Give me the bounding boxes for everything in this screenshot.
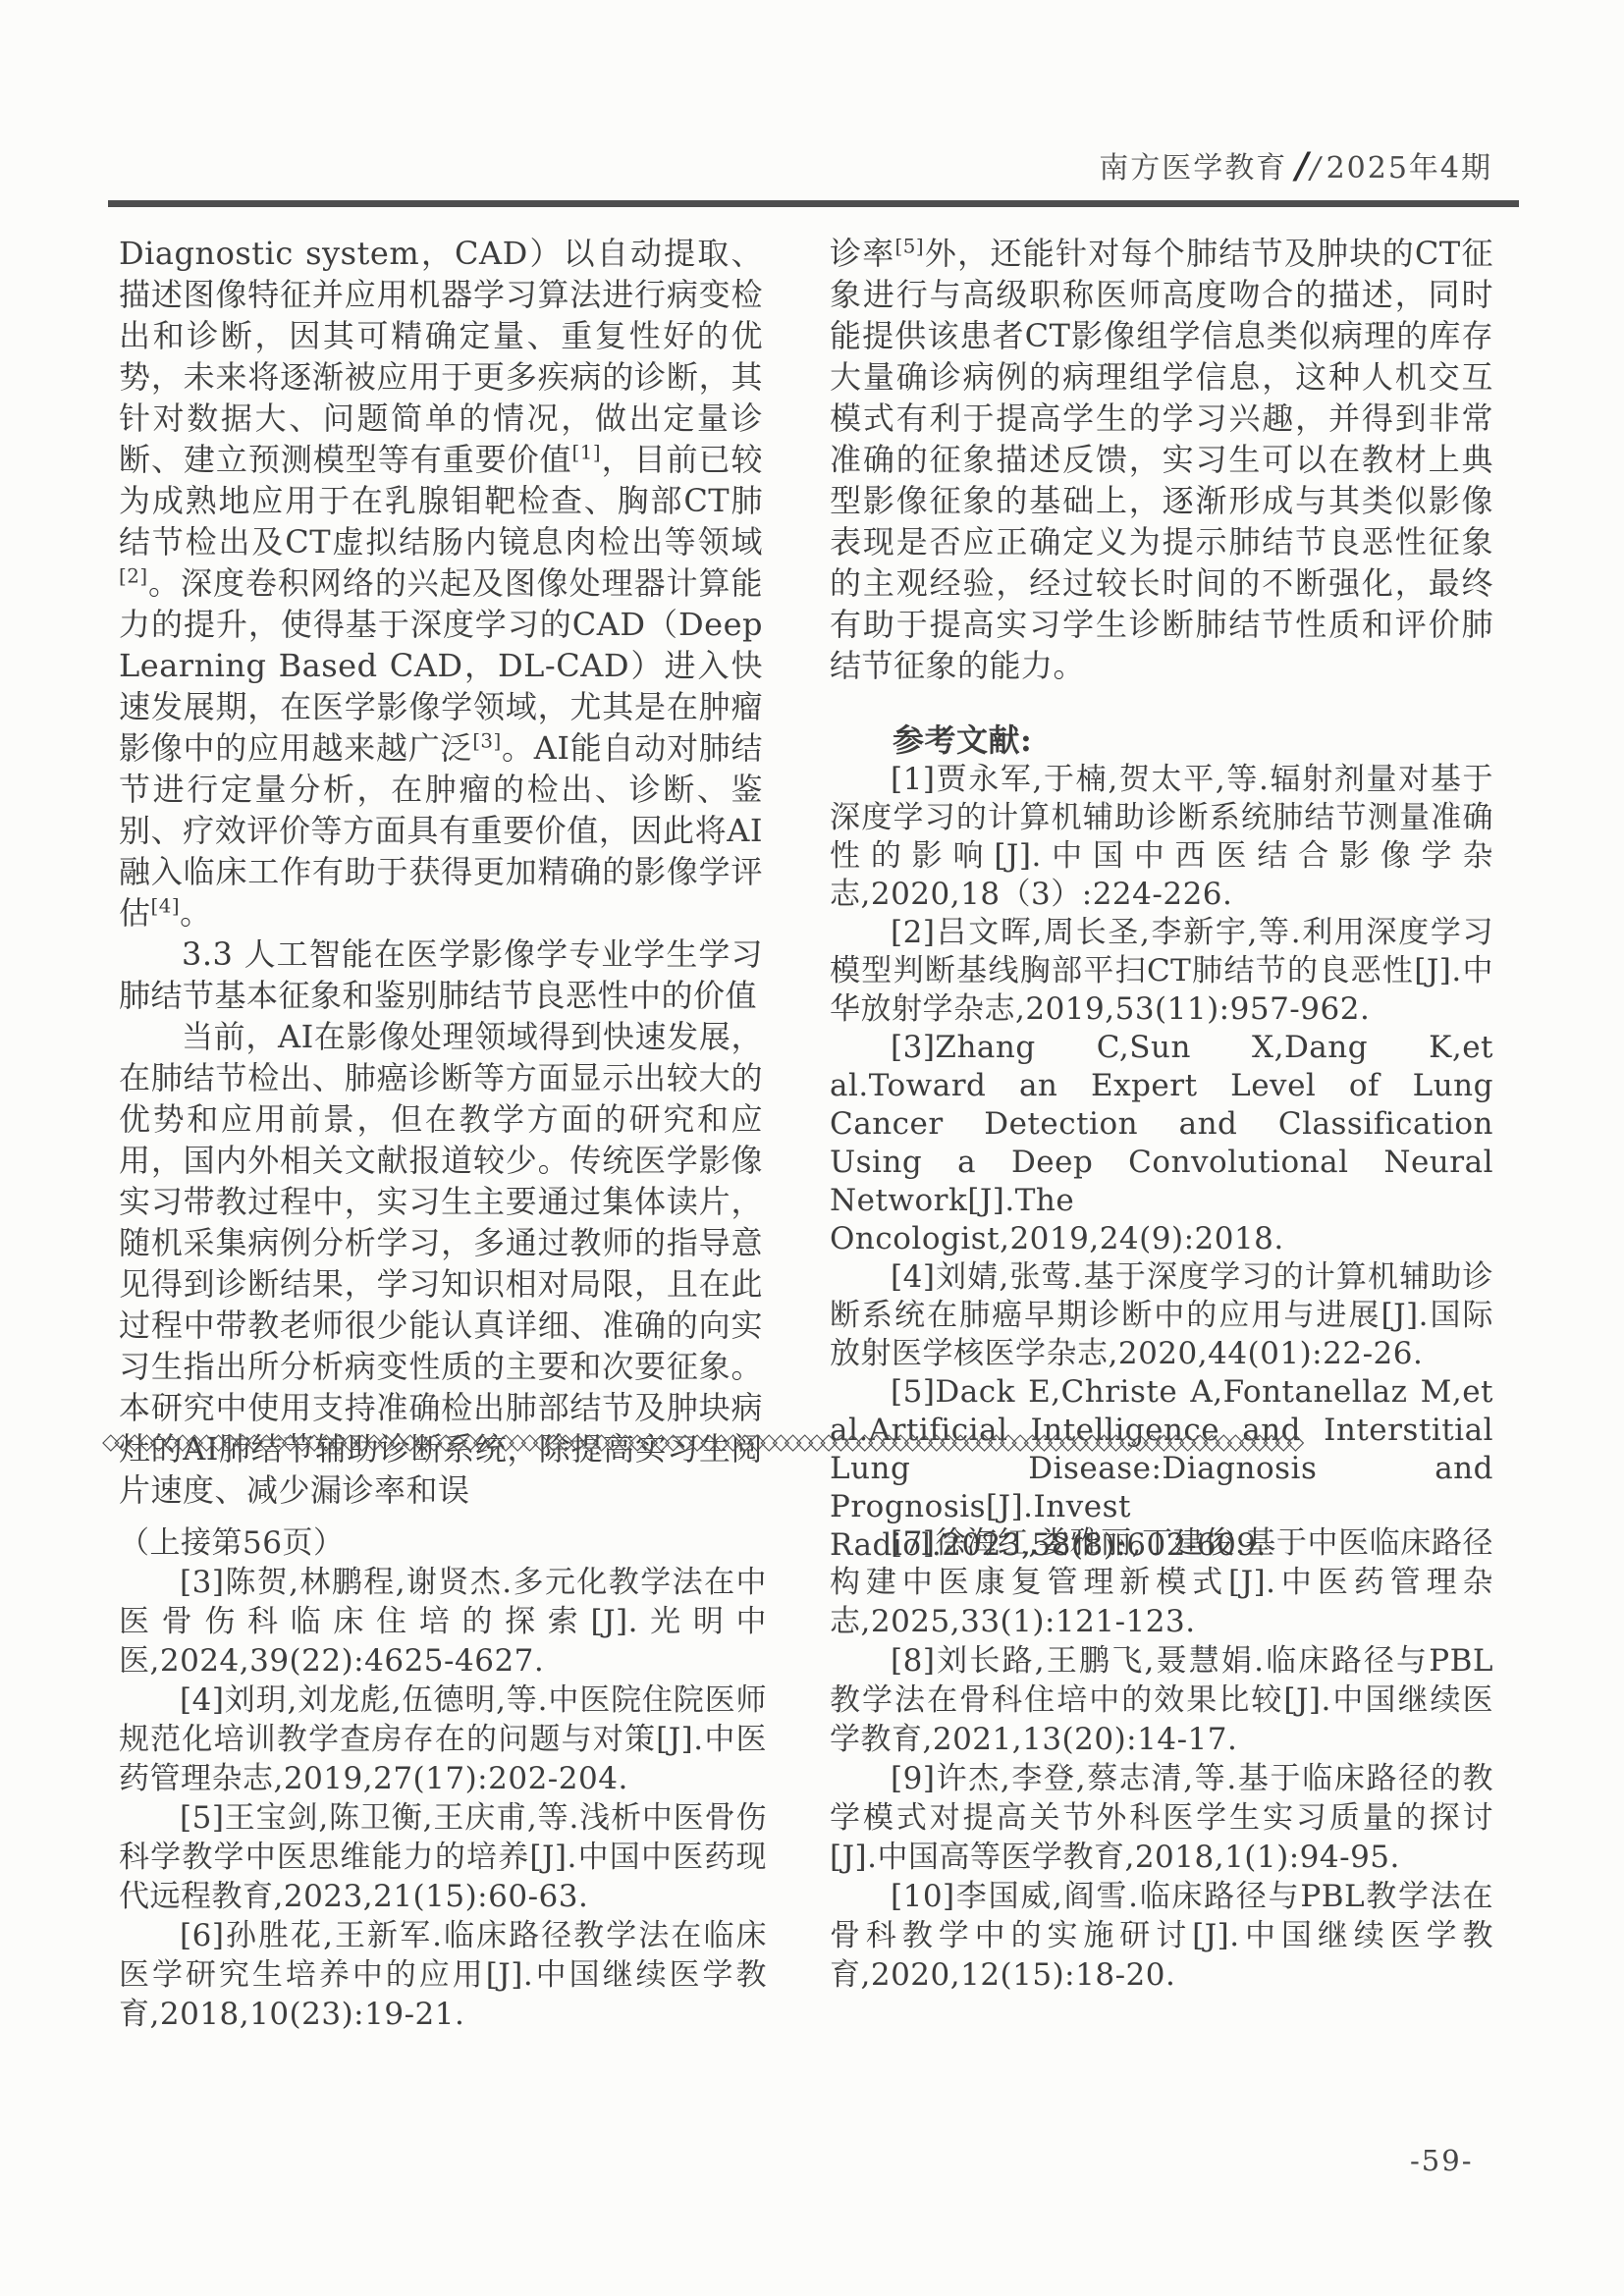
continued-from-note: （上接第56页） [119, 1523, 767, 1563]
header-separator-light: / [1310, 151, 1322, 186]
journal-issue: 2025年4期 [1326, 151, 1492, 186]
reference-item: [7]徐海红,娄雅丽,丁建俊.基于中医临床路径构建中医康复管理新模式[J].中医… [830, 1523, 1493, 1641]
reference-item: [4]刘婧,张莺.基于深度学习的计算机辅助诊断系统在肺癌早期诊断中的应用与进展[… [830, 1258, 1493, 1373]
reference-item: [4]刘玥,刘龙彪,伍德明,等.中医院住院医师规范化培训教学查房存在的问题与对策… [119, 1681, 767, 1798]
journal-header: 南方医学教育//2025年4期 [1099, 143, 1492, 187]
continued-right-column: [7]徐海红,娄雅丽,丁建俊.基于中医临床路径构建中医康复管理新模式[J].中医… [830, 1523, 1493, 1995]
reference-item: [3]陈贺,林鹏程,谢贤杰.多元化教学法在中医骨伤科临床住培的探索[J].光明中… [119, 1563, 767, 1681]
reference-item: [5]王宝剑,陈卫衡,王庆甫,等.浅析中医骨伤科学教学中医思维能力的培养[J].… [119, 1798, 767, 1916]
reference-item: [10]李国威,阎雪.临床路径与PBL教学法在骨科教学中的实施研讨[J].中国继… [830, 1877, 1493, 1995]
reference-item: [6]孙胜花,王新军.临床路径教学法在临床医学研究生培养中的应用[J].中国继续… [119, 1916, 767, 2034]
reference-item: [3]Zhang C,Sun X,Dang K,et al.Toward an … [830, 1029, 1493, 1258]
reference-item: [1]贾永军,于楠,贺太平,等.辐射剂量对基于深度学习的计算机辅助诊断系统肺结节… [830, 761, 1493, 914]
reference-item: [9]许杰,李登,蔡志清,等.基于临床路径的教学模式对提高关节外科医学生实习质量… [830, 1759, 1493, 1877]
main-left-column: Diagnostic system，CAD）以自动提取、描述图像特征并应用机器学… [119, 233, 763, 1511]
reference-item: [8]刘长路,王鹏飞,聂慧娟.临床路径与PBL教学法在骨科住培中的效果比较[J]… [830, 1641, 1493, 1759]
section-heading-3-3: 3.3 人工智能在医学影像学专业学生学习肺结节基本征象和鉴别肺结节良恶性中的价值 [119, 934, 763, 1016]
continued-left-column: （上接第56页） [3]陈贺,林鹏程,谢贤杰.多元化教学法在中医骨伤科临床住培的… [119, 1523, 767, 2034]
journal-page: 南方医学教育//2025年4期 Diagnostic system，CAD）以自… [0, 0, 1624, 2296]
header-separator-heavy: / [1295, 145, 1310, 187]
section-divider: ◇◇◇◇◇◇◇◇◇◇◇◇◇◇◇◇◇◇◇◇◇◇◇◇◇◇◇◇◇◇◇◇◇◇◇◇◇◇◇◇… [102, 1429, 1524, 1461]
references-heading: 参考文献: [830, 720, 1493, 761]
body-paragraph-continuation: 诊率[5]外，还能针对每个肺结节及肿块的CT征象进行与高级职称医师高度吻合的描述… [830, 233, 1493, 686]
reference-item: [2]吕文晖,周长圣,李新宇,等.利用深度学习模型判断基线胸部平扫CT肺结节的良… [830, 914, 1493, 1029]
body-paragraph-continuation: Diagnostic system，CAD）以自动提取、描述图像特征并应用机器学… [119, 233, 763, 934]
journal-title: 南方医学教育 [1099, 151, 1287, 186]
header-rule [108, 200, 1519, 207]
main-right-column: 诊率[5]外，还能针对每个肺结节及肿块的CT征象进行与高级职称医师高度吻合的描述… [830, 233, 1493, 1565]
page-number: -59- [1410, 2144, 1474, 2177]
